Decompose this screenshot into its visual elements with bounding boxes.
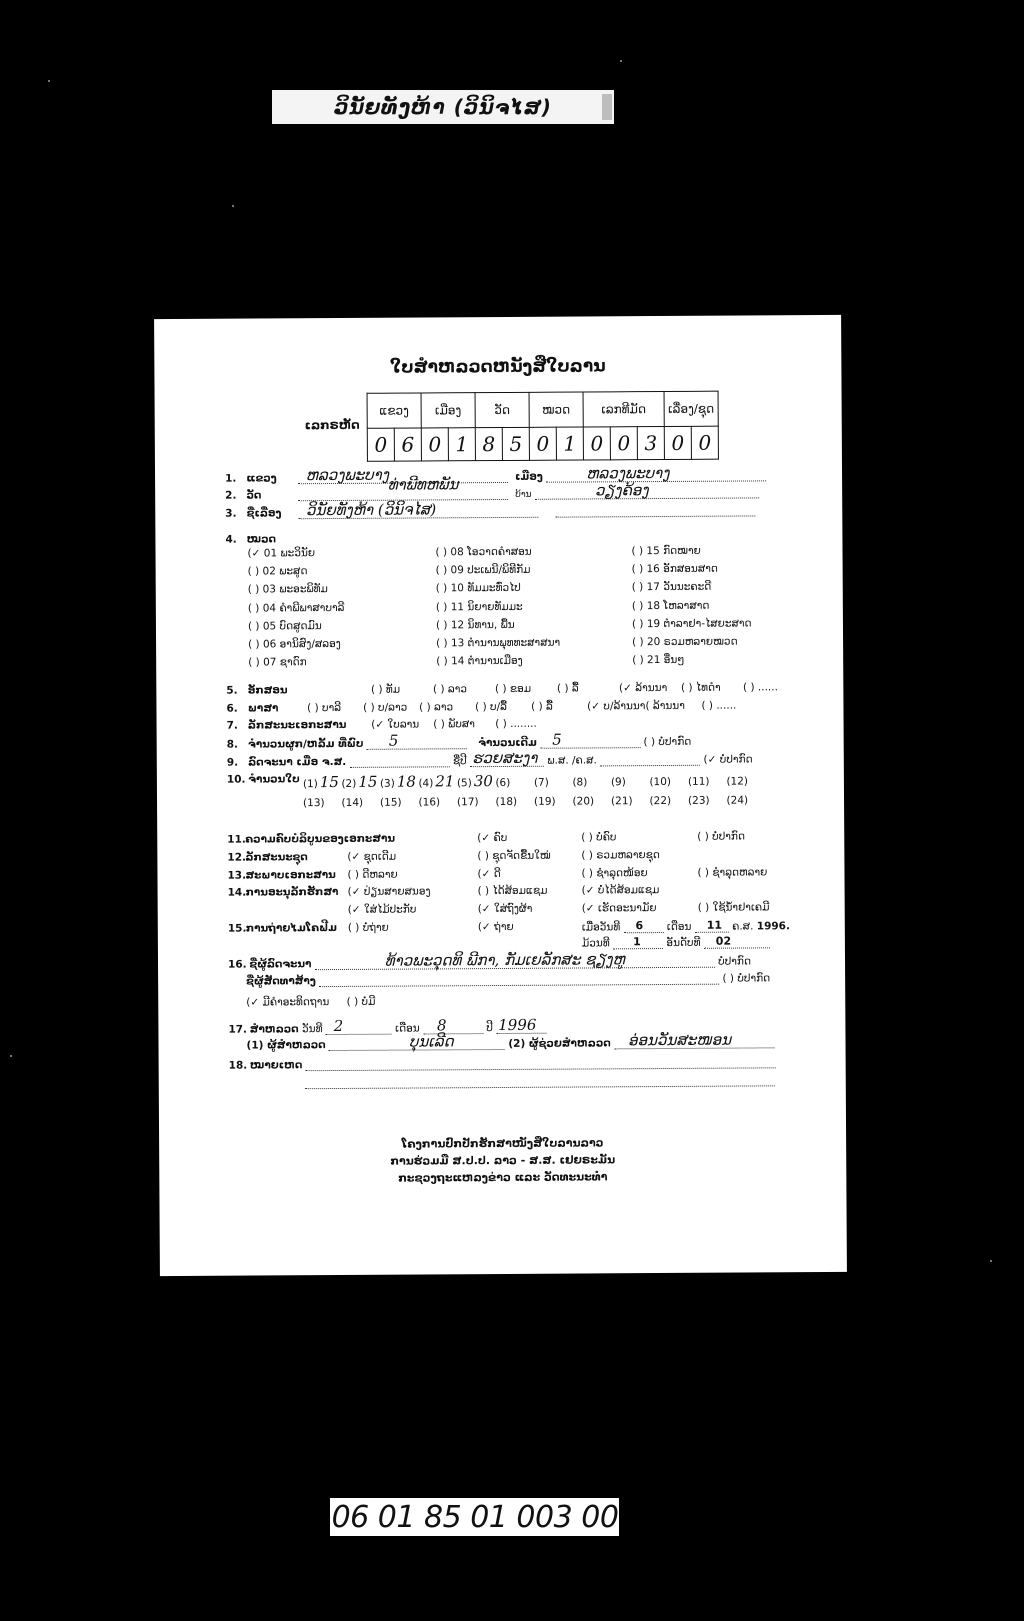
header-label-text: ວິນັຍທັງຫ້າ (ວິນິຈໄສ) <box>334 95 552 119</box>
leaf-count-cell[interactable]: (20) <box>572 790 596 808</box>
script-label: ອັກສອນ <box>248 684 368 697</box>
option-checkbox[interactable]: (✓ ເຮັດອະນາມັຍ <box>582 902 657 914</box>
item-8-row: 8. ຈຳນວນຜູກ/ຫລັ້ມ ທີ່ພົບ 5 ຈຳນວນເດີມ 5 (… <box>227 735 692 751</box>
option-checkbox[interactable]: ( ) ທັມ <box>371 683 433 695</box>
leaf-count-index: (5) <box>457 777 472 789</box>
item-9-row: 9. ລົດຈະນາ ເມື່ອ ຈ.ສ. ຊື່ປີ ຮວຍສະງາ ພ.ສ.… <box>227 752 753 768</box>
category-option[interactable]: ( ) 18 ໂຫລາສາດ <box>632 596 752 615</box>
leaf-count-index: (17) <box>457 796 479 808</box>
item-number: 12. <box>227 852 245 864</box>
bundles-found-field[interactable]: 5 <box>367 736 467 750</box>
leaf-count-cell[interactable]: (22) <box>649 790 673 808</box>
leaf-count-index: (23) <box>688 795 710 807</box>
option-checkbox[interactable]: (✓ ໃສ່ໄມ້ປະກັບ <box>348 904 417 916</box>
sequence-field[interactable]: 02 <box>704 935 770 948</box>
document-type-options: (✓ ໃບລານ( ) ພັບສາ( ) ........ <box>371 718 557 731</box>
leaf-count-value: 21 <box>435 772 454 790</box>
month-value: 11 <box>707 919 722 932</box>
strip-tab <box>602 94 612 120</box>
item-label: ຄວາມຄົບບໍລິບູນຂອງເອກະສານ <box>245 833 395 846</box>
option-checkbox[interactable]: ( ) ........ <box>495 718 557 730</box>
leaf-count-index: (4) <box>418 777 433 789</box>
category-option[interactable]: ( ) 10 ທັມມະທົ່ວໄປ <box>436 579 560 598</box>
temple-value: ທ່າພີທຫພັນ <box>388 475 459 493</box>
option-checkbox[interactable]: (✓ ບ/ລ້ານນາ <box>587 700 645 712</box>
sponsor-field[interactable] <box>319 972 719 987</box>
item-17-row: 17. ສຳຫລວດ ວັນທີ 2 ເດືອນ 8 ປີ 1996 <box>228 1021 546 1036</box>
option-checkbox[interactable]: ( ) ຣວມຫລາຍຊຸດ <box>581 849 660 861</box>
item-number: 11. <box>227 834 245 846</box>
id-code-label: ເລກຣຫັດ <box>305 418 360 432</box>
item-12-row: 12.ລັກສະນະຊຸດ <box>227 851 307 863</box>
item-3-row: 3. ຊື່ເລື່ອງ ວິນັຍທັງຫ້າ (ວິນິຈໄສ) <box>225 503 755 519</box>
item-16-sponsor-row: ຊື່ຜູ້ສັດທາສ້າງ ( ) ບໍ່ປາກົດ <box>246 971 770 987</box>
id-digit-cell[interactable]: 0 <box>529 427 556 460</box>
option-checkbox[interactable]: ( ) ...... <box>743 681 805 693</box>
film-speck <box>10 1055 12 1057</box>
item-7-row: 7. ລັກສະນະເອກະສານ (✓ ໃບລານ( ) ພັບສາ( ) .… <box>227 718 558 732</box>
bundles-original-value: 5 <box>552 731 562 749</box>
village-label: ບ້ານ <box>515 490 531 500</box>
form-title: ໃບສຳຫລວດຫນັງສືໃບລານ <box>154 355 841 379</box>
leaf-count-cell[interactable]: (14) <box>341 792 365 810</box>
id-column-header: ແຂວງ <box>367 393 421 428</box>
label-edge <box>619 1498 622 1536</box>
bundles-original-field[interactable]: 5 <box>540 735 640 749</box>
item-number: 10. <box>227 774 245 786</box>
category-option[interactable]: ( ) 02 ພະສູດ <box>248 562 345 581</box>
item-number: 15. <box>228 923 246 935</box>
temple-label: ວັດ <box>246 489 294 501</box>
option-checkbox[interactable]: (✓ ລ້ານນາ <box>619 682 681 694</box>
survey-form-paper: ໃບສຳຫລວດຫນັງສືໃບລານ ເລກຣຫັດ ແຂວງເມືອງວັດ… <box>154 315 847 1276</box>
cs-year-field[interactable] <box>350 754 450 768</box>
assistant-label: (2) ຜູ້ຊ່ວຍສຳຫລວດ <box>508 1037 610 1050</box>
temple-field[interactable]: ທ່າພີທຫພັນ <box>298 487 508 501</box>
title-field[interactable]: ວິນັຍທັງຫ້າ (ວິນິຈໄສ) <box>298 505 538 519</box>
title-value: ວິນັຍທັງຫ້າ (ວິນິຈໄສ) <box>306 500 436 519</box>
item-number: 9. <box>227 757 245 769</box>
id-column-header: ເມືອງ <box>421 393 475 428</box>
leaf-count-index: (11) <box>688 776 710 788</box>
film-speck <box>990 1260 992 1262</box>
district-value: ຫລວງພະບາງ <box>586 464 669 483</box>
footer-line-3: ກະຊວງຖະແຫລງຂ່າວ ແລະ ວັດທະນະທຳ <box>159 1167 846 1188</box>
leaf-count-index: (24) <box>726 794 748 806</box>
leaf-count-cell[interactable]: (21) <box>611 790 635 808</box>
year-label: ປີ <box>486 1022 493 1034</box>
written-date-label: ລົດຈະນາ ເມື່ອ ຈ.ສ. <box>248 756 346 769</box>
category-option[interactable]: ( ) 08 ໂອວາດຄຳສອນ <box>435 543 559 562</box>
month-label: ເດືອນ <box>667 921 692 933</box>
option-checkbox[interactable]: (✓ ຖ່າຍ <box>478 921 514 933</box>
project-footer: ໂຄງການປົກປັກຮັກສາໜັງສືໃບລານລາວ ການຮ່ວມມື… <box>159 1133 846 1188</box>
roll-label: ມ້ວນທີ <box>582 937 610 949</box>
leaf-count-cell[interactable]: (23) <box>688 790 712 808</box>
language-options: ( ) ບາລີ( ) ບ/ລາວ( ) ລາວ( ) ບ/ລື້( ) ລື້… <box>307 699 757 714</box>
be-ad-field[interactable] <box>600 753 700 767</box>
option-checkbox[interactable]: ( ) ລາວ <box>433 683 495 695</box>
leaf-count-index: (1) <box>303 778 318 790</box>
item-number: 14. <box>228 887 246 899</box>
id-digit-cell[interactable]: 0 <box>664 426 691 459</box>
category-option[interactable]: ( ) 09 ປະເພນີ/ພິທີກັມ <box>436 561 560 580</box>
item-label: ການຖ່າຍໄມໂຄຟີມ <box>246 922 337 935</box>
id-digit-cell[interactable]: 6 <box>394 428 421 461</box>
item-number: 17. <box>228 1024 246 1036</box>
leaf-count-index: (20) <box>573 795 595 807</box>
leaf-count-index: (16) <box>419 796 441 808</box>
option-checkbox[interactable]: (✓ ປ່ຽນສາຍສນອງ <box>348 885 431 898</box>
header-label-strip: ວິນັຍທັງຫ້າ (ວິນິຈໄສ) <box>272 90 614 124</box>
district-field[interactable]: ຫລວງພະບາງ <box>546 468 766 482</box>
assistant-value: ອ່ອນວັນສະໜອນ <box>628 1031 731 1050</box>
category-option[interactable]: ( ) 21 ອື່ນໆ <box>632 651 752 670</box>
option-checkbox[interactable]: ( ) ລື້ <box>557 682 619 694</box>
leaf-count-cell[interactable]: (18) <box>495 791 519 809</box>
bundles-found-label: ຈຳນວນຜູກ/ຫລັ້ມ ທີ່ພົບ <box>248 738 364 751</box>
category-option[interactable]: (✓ 01 ພະວິນັຍ <box>247 544 344 563</box>
category-option[interactable]: ( ) 20 ຣວມຫລາຍໝວດ <box>632 632 752 651</box>
remarks-label: ໝາຍເຫດ <box>250 1059 302 1071</box>
film-speck <box>232 205 234 207</box>
item-5-row: 5. ອັກສອນ ( ) ທັມ( ) ລາວ( ) ຂອມ( ) ລື້(✓… <box>226 681 805 697</box>
survey-day-field[interactable]: 2 <box>326 1022 392 1035</box>
option-checkbox[interactable]: ( ) ບໍ່ຖ່າຍ <box>348 922 389 934</box>
day-label: ວັນທີ <box>302 1023 323 1035</box>
survey-year-value: 1996 <box>498 1016 536 1034</box>
option-checkbox[interactable]: ( ) ຊຳລຸດຫລາຍ <box>697 866 767 878</box>
microfilm-roll-row: ມ້ວນທີ 1 ອັນດັບທີ 02 <box>582 935 770 949</box>
item-number: 5. <box>226 685 244 697</box>
leaf-count-cell[interactable]: (5)30 <box>457 772 493 790</box>
sequence-value: 02 <box>716 935 731 948</box>
id-code-table: ແຂວງເມືອງວັດໝວດເລກທີມັດເລື່ອງ/ຊຸດ 060185… <box>367 391 719 462</box>
surveyor-label: (1) ຜູ້ສຳຫລວດ <box>246 1039 325 1051</box>
item-number: 4. <box>225 534 243 546</box>
category-option[interactable]: ( ) 17 ວັນນະຄະດີ <box>632 578 752 597</box>
leaf-count-index: (22) <box>650 795 672 807</box>
leaf-count-cell[interactable]: (9) <box>611 771 628 789</box>
leaf-count-cell[interactable]: (12) <box>726 770 750 788</box>
item-2-row: 2. ວັດ ທ່າພີທຫພັນ ບ້ານ ວຽງຄ້ອງ <box>225 485 759 501</box>
id-digit-cell[interactable]: 0 <box>691 426 718 459</box>
option-checkbox[interactable]: ( ) ລື້ <box>531 700 587 712</box>
option-checkbox[interactable]: ( ) ບໍ່ຄົບ <box>581 831 616 843</box>
category-option[interactable]: ( ) 19 ຕຳລາຢາ-ໄສຍະສາດ <box>632 614 752 633</box>
item-1-row: 1. ແຂວງ ຫລວງພະບາງ ເມືອງ ຫລວງພະບາງ <box>225 468 766 484</box>
no-prayer-checkbox[interactable]: ( ) ບໍ່ມີ <box>347 996 376 1008</box>
item-6-row: 6. ພາສາ ( ) ບາລີ( ) ບ/ລາວ( ) ລາວ( ) ບ/ລື… <box>226 699 757 714</box>
item-number: 13. <box>227 870 245 882</box>
category-column-2: ( ) 08 ໂອວາດຄຳສອນ( ) 09 ປະເພນີ/ພິທີກັມ( … <box>435 543 560 671</box>
option-checkbox[interactable]: ( ລ້ານນາ <box>645 700 701 712</box>
id-digit-cell[interactable]: 1 <box>556 427 583 460</box>
leaf-count-index: (12) <box>726 775 748 787</box>
item-14-row: 14.ການອະນຸລັກຮັກສາ <box>228 886 339 899</box>
leaf-count-cell[interactable]: (11) <box>688 771 712 789</box>
item-number: 7. <box>227 720 245 732</box>
category-option[interactable]: ( ) 07 ຊາດົກ <box>248 653 345 672</box>
remarks-field-2[interactable] <box>305 1073 775 1089</box>
film-speck <box>620 60 622 62</box>
option-checkbox[interactable]: ( ) ໄດ້ສ້ອມແຊມ <box>478 885 548 897</box>
item-15-row: 15.ການຖ່າຍໄມໂຄຟີມ <box>228 922 337 935</box>
survey-day-value: 2 <box>334 1017 344 1035</box>
category-column-3: ( ) 15 ກົດໝາຍ( ) 16 ອັກສອນສາດ( ) 17 ວັນນ… <box>631 541 751 669</box>
option-checkbox[interactable]: (✓ ໃສ່ຖົງຜ້າ <box>478 903 533 915</box>
not-evident-label: ບໍ່ປາກົດ <box>718 955 751 967</box>
sequence-label: ອັນດັບທີ <box>666 937 700 949</box>
leaf-count-cell[interactable]: (8) <box>572 771 589 789</box>
scribe-value: ທ້າວພະວຸດທິ ພີກາ, ກັມເຍລັກສະ ຊຽງຫູ <box>385 950 625 969</box>
option-checkbox[interactable]: ( ) ໃຊ້ນ້ຳຢາເຄມີ <box>698 901 770 913</box>
id-digit-cell[interactable]: 5 <box>502 427 529 460</box>
scribe-field[interactable]: ທ້າວພະວຸດທິ ພີກາ, ກັມເຍລັກສະ ຊຽງຫູ <box>315 955 715 970</box>
leaf-count-index: (15) <box>380 797 402 809</box>
bottom-id-text: 06 01 85 01 003 00 <box>332 1500 619 1535</box>
id-digit-cell[interactable]: 3 <box>637 426 664 459</box>
date-label: ເມື່ອວັນທີ <box>582 921 620 933</box>
item-number: 18. <box>229 1060 247 1072</box>
leaf-count-cell[interactable]: (13) <box>303 792 327 810</box>
leaf-count-cell[interactable]: (15) <box>380 792 404 810</box>
option-checkbox[interactable]: ( ) ບາລີ <box>307 702 363 714</box>
not-evident-checkbox[interactable]: (✓ ບໍ່ປາກົດ <box>703 753 752 765</box>
option-checkbox[interactable]: (✓ ຄົບ <box>477 832 507 844</box>
leaf-count-index: (8) <box>572 776 587 788</box>
year-name-field[interactable]: ຮວຍສະງາ <box>470 754 544 767</box>
year-name-value: ຮວຍສະງາ <box>472 749 538 767</box>
leaf-count-index: (2) <box>341 778 356 790</box>
title-field-2[interactable] <box>555 503 755 517</box>
item-label: ສະພາບເອກະສານ <box>245 869 335 882</box>
item-18-row: 18. ໝາຍເຫດ <box>229 1055 776 1071</box>
item-number: 6. <box>226 703 244 715</box>
bottom-id-label: 06 01 85 01 003 00 <box>330 1498 620 1536</box>
leaf-count-index: (14) <box>342 797 364 809</box>
leaf-count-cell[interactable]: (16) <box>418 791 442 809</box>
category-option[interactable]: ( ) 03 ພະອະພິທັມ <box>248 580 345 599</box>
item-13-row: 13.ສະພາບເອກະສານ <box>227 869 335 882</box>
item-label: ລັກສະນະຊຸດ <box>245 851 307 863</box>
leaf-count-cell[interactable]: (10) <box>649 771 673 789</box>
id-digit-cell[interactable]: 0 <box>421 428 448 461</box>
leaf-count-value: 15 <box>320 773 339 791</box>
option-checkbox[interactable]: (✓ ໃບລານ <box>371 718 433 730</box>
category-option[interactable]: ( ) 11 ນິຍາຍທັມມະ <box>436 597 560 616</box>
remarks-field[interactable] <box>306 1055 776 1071</box>
option-checkbox[interactable]: ( ) ຊຸດຈັດຂື້ນໃໝ່ <box>477 850 550 862</box>
not-evident-checkbox[interactable]: ( ) ບໍ່ປາກົດ <box>722 972 770 984</box>
item-number: 3. <box>225 508 243 520</box>
item-number: 16. <box>228 959 246 971</box>
document-type-label: ລັກສະນະເອກະສານ <box>248 719 368 732</box>
leaf-count-cell[interactable]: (2)15 <box>341 773 377 791</box>
category-option[interactable]: ( ) 06 ອານິສົງ/ສລອງ <box>248 635 345 654</box>
leaf-count-index: (10) <box>649 776 671 788</box>
province-label: ແຂວງ <box>246 472 294 484</box>
id-column-header: ເລກທີມັດ <box>583 391 664 426</box>
category-option[interactable]: ( ) 04 ຄຳພີພາສາບາລີ <box>248 599 345 618</box>
village-field[interactable]: ວຽງຄ້ອງ <box>535 485 759 499</box>
not-evident-checkbox[interactable]: ( ) ບໍ່ປາກົດ <box>643 736 691 748</box>
year-label: ຄ.ສ. <box>732 920 753 932</box>
leaf-count-value: 18 <box>397 773 416 791</box>
option-checkbox[interactable]: ( ) ບ/ລາວ <box>363 701 419 713</box>
leaf-count-index: (7) <box>534 777 549 789</box>
title-label: ຊື່ເລື່ອງ <box>247 507 295 519</box>
option-checkbox[interactable]: (✓ ຊຸດເດີມ <box>347 851 396 863</box>
scribe-label: ຊື່ຜູ້ລົດຈະນາ <box>249 958 311 970</box>
year-name-label: ຊື່ປີ <box>453 755 467 767</box>
category-option[interactable]: ( ) 15 ກົດໝາຍ <box>631 541 751 560</box>
leaf-count-cell[interactable]: (4)21 <box>418 772 454 790</box>
item-16-prayer-row: (✓ ມີຄຳອະທິດຖານ ( ) ບໍ່ມີ <box>246 996 375 1009</box>
has-prayer-checkbox[interactable]: (✓ ມີຄຳອະທິດຖານ <box>246 996 329 1009</box>
survey-year-field[interactable]: 1996 <box>496 1021 546 1034</box>
item-number: 8. <box>227 739 245 751</box>
surveyor-field[interactable]: ບຸນເລີດ <box>329 1037 505 1051</box>
village-value: ວຽງຄ້ອງ <box>595 481 649 499</box>
category-column-1: (✓ 01 ພະວິນັຍ( ) 02 ພະສູດ( ) 03 ພະອະພິທັ… <box>247 544 344 672</box>
leaf-count-index: (3) <box>380 778 395 790</box>
leaf-count-cell[interactable]: (19) <box>534 791 558 809</box>
leaf-count-label: ຈຳນວນໃບ <box>248 773 300 785</box>
day-value: 6 <box>635 919 643 932</box>
leaf-count-cell[interactable]: (6) <box>495 772 512 790</box>
leaf-count-value: 15 <box>358 773 377 791</box>
survey-label: ສຳຫລວດ <box>250 1023 299 1035</box>
id-digit-cell[interactable]: 1 <box>448 428 475 461</box>
option-checkbox[interactable]: ( ) ...... <box>701 699 757 711</box>
id-digit-cell[interactable]: 0 <box>583 427 610 460</box>
item-10-row: 10. ຈຳນວນໃບ <box>227 773 300 785</box>
leaf-count-index: (18) <box>496 796 518 808</box>
option-checkbox[interactable]: ( ) ດີຫລາຍ <box>347 869 397 881</box>
assistant-field[interactable]: ອ່ອນວັນສະໜອນ <box>614 1035 774 1049</box>
leaf-count-index: (6) <box>495 777 510 789</box>
option-checkbox[interactable]: ( ) ຂອມ <box>495 683 557 695</box>
item-number: 2. <box>225 490 243 502</box>
id-digit-cell[interactable]: 0 <box>610 427 637 460</box>
sponsor-label: ຊື່ຜູ້ສັດທາສ້າງ <box>246 975 316 987</box>
leaf-count-index: (19) <box>534 796 556 808</box>
id-column-header: ໝວດ <box>529 392 583 427</box>
roll-value: 1 <box>633 935 641 948</box>
item-number: 1. <box>225 473 243 485</box>
category-option[interactable]: ( ) 16 ອັກສອນສາດ <box>632 560 752 579</box>
leaf-count-index: (21) <box>611 795 633 807</box>
option-checkbox[interactable]: ( ) ລາວ <box>419 701 475 713</box>
category-option[interactable]: ( ) 13 ຕຳນານພຸທທະສາສນາ <box>436 634 560 653</box>
item-11-row: 11.ຄວາມຄົບບໍລິບູນຂອງເອກະສານ <box>227 833 395 846</box>
item-16-row: 16. ຊື່ຜູ້ລົດຈະນາ ທ້າວພະວຸດທິ ພີກາ, ກັມເ… <box>228 954 751 970</box>
item-label: ການອະນຸລັກຮັກສາ <box>246 886 339 899</box>
option-checkbox[interactable]: ( ) ພັບສາ <box>433 718 495 730</box>
option-checkbox[interactable]: (✓ ບໍ່ໄດ້ສ້ອມແຊມ <box>582 884 660 896</box>
day-field[interactable]: 6 <box>623 920 663 933</box>
item-18-row-2 <box>305 1073 775 1089</box>
be-ad-label: ພ.ສ. /ຄ.ສ. <box>547 754 597 766</box>
category-option[interactable]: ( ) 12 ນິທານ, ພື້ນ <box>436 615 560 634</box>
leaf-count-value: 30 <box>474 772 493 790</box>
option-checkbox[interactable]: ( ) ບໍ່ປາກົດ <box>697 831 745 843</box>
option-checkbox[interactable]: (✓ ດີ <box>477 868 500 880</box>
surveyor-value: ບຸນເລີດ <box>409 1032 454 1050</box>
id-digit-cell[interactable]: 0 <box>367 428 394 461</box>
item-17-surveyor-row: (1) ຜູ້ສຳຫລວດ ບຸນເລີດ (2) ຜູ້ຊ່ວຍສຳຫລວດ … <box>246 1035 774 1051</box>
option-checkbox[interactable]: ( ) ຊຳລຸດໜ້ອຍ <box>581 867 647 879</box>
category-option[interactable]: ( ) 05 ບົດສູດມົນ <box>248 617 345 636</box>
script-options: ( ) ທັມ( ) ລາວ( ) ຂອມ( ) ລື້(✓ ລ້ານນາ( )… <box>371 681 805 696</box>
month-field[interactable]: 11 <box>695 920 729 933</box>
bundles-original-label: ຈຳນວນເດີມ <box>478 737 537 749</box>
province-value: ຫລວງພະບາງ <box>306 466 389 485</box>
year-value: 1996. <box>757 920 790 932</box>
option-checkbox[interactable]: ( ) ບ/ລື້ <box>475 701 531 713</box>
leaf-count-cell[interactable]: (24) <box>726 789 750 807</box>
leaf-count-cell[interactable]: (1)15 <box>303 773 339 791</box>
id-column-header: ເລື່ອງ/ຊຸດ <box>664 391 718 426</box>
leaf-count-cell[interactable]: (17) <box>457 791 481 809</box>
category-option[interactable]: ( ) 14 ຕຳນານເມືອງ <box>436 652 560 671</box>
language-label: ພາສາ <box>248 702 304 714</box>
microfilm-date-row: ເມື່ອວັນທີ 6 ເດືອນ 11 ຄ.ສ. 1996. <box>582 919 790 933</box>
roll-field[interactable]: 1 <box>613 936 663 949</box>
leaf-count-cell[interactable]: (3)18 <box>380 773 416 791</box>
leaf-count-index: (9) <box>611 776 626 788</box>
leaf-count-cell[interactable]: (7) <box>534 772 551 790</box>
bundles-found-value: 5 <box>389 732 399 750</box>
id-column-header: ວັດ <box>475 392 529 427</box>
film-speck <box>48 80 50 82</box>
id-digit-cell[interactable]: 8 <box>475 427 502 460</box>
district-label: ເມືອງ <box>515 471 543 483</box>
leaf-count-index: (13) <box>303 797 325 809</box>
option-checkbox[interactable]: ( ) ໄທດຳ <box>681 682 743 694</box>
